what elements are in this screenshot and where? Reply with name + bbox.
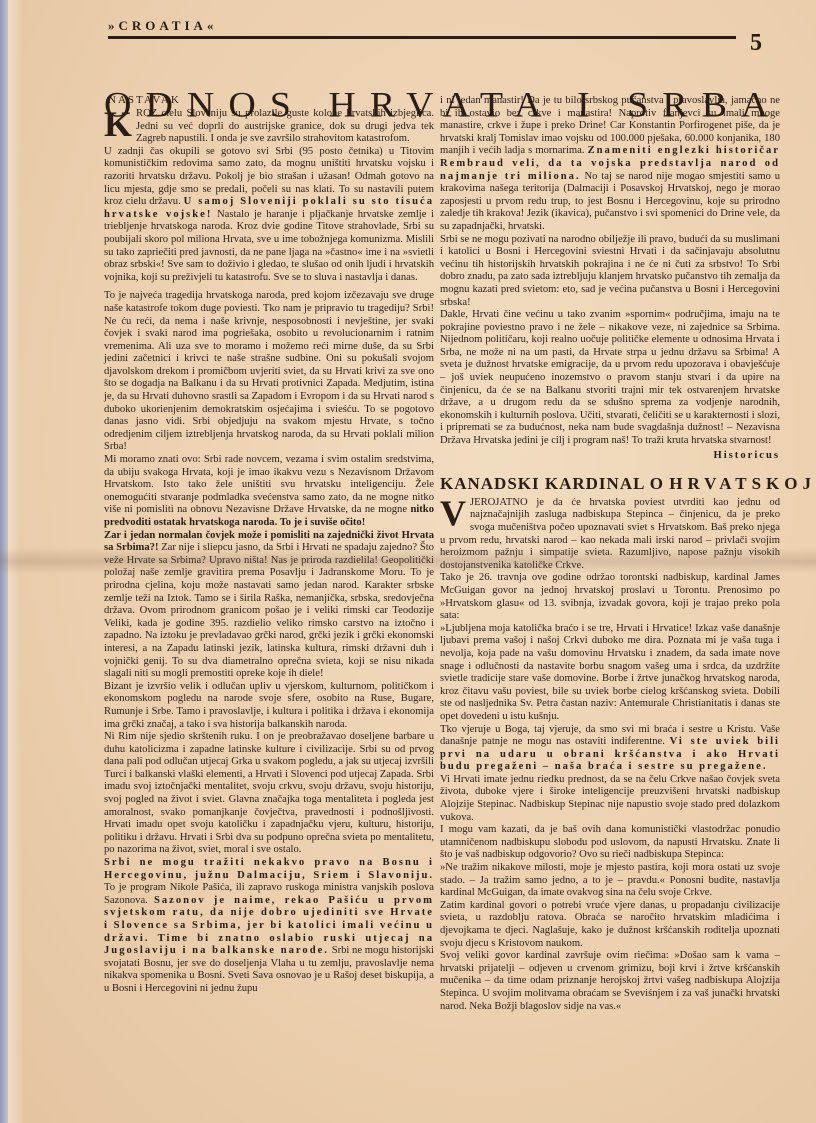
paragraph: Ni Rim nije sjedio skrštenih ruku. I on … <box>104 731 434 857</box>
paragraph: Bizant je izvršio velik i odlučan upliv … <box>104 681 434 731</box>
page-number: 5 <box>750 30 762 57</box>
paragraph: I mogu vam kazati, da je baš ovih dana k… <box>440 824 780 862</box>
paragraph: i ni jedan manastir! Da je tu bilo srbsk… <box>440 95 780 234</box>
paragraph: KROZ cielu Sloveniju su prolazile guste … <box>104 108 434 146</box>
paragraph: Srbi se ne mogu pozivati na narodno obil… <box>440 234 780 310</box>
left-column: KROZ cielu Sloveniju su prolazile guste … <box>104 108 434 996</box>
header-rule <box>108 36 736 39</box>
paragraph: Tako je 26. travnja ove godine održao to… <box>440 572 780 622</box>
paragraph: »Ljubljena moja katolička braćo i se tre… <box>440 623 780 724</box>
paragraph: Srbi ne mogu tražiti nekakvo pravo na Bo… <box>104 857 434 996</box>
paragraph: To je najveća tragedija hrvatskoga narod… <box>104 290 434 454</box>
paragraph: Zatim kardinal govori o potrebi vruće vj… <box>440 900 780 950</box>
running-head: »CROATIA« <box>108 18 217 34</box>
paragraph: Svoj veliki govor kardinal završuje ovim… <box>440 950 780 1013</box>
author-signature: Historicus <box>440 450 780 463</box>
paragraph: Tko vjeruje u Boga, taj vjeruje, da smo … <box>440 724 780 774</box>
drop-cap: K <box>104 110 132 138</box>
paragraph: Dakle, Hrvati čine većinu u tako zvanim … <box>440 309 780 448</box>
section-title: KANADSKI KARDINAL O HRVATSKOJ <box>440 478 780 491</box>
right-column: i ni jedan manastir! Da je tu bilo srbsk… <box>440 95 780 1013</box>
paragraph: U zadnji čas okupili se gotovo svi Srbi … <box>104 146 434 285</box>
paper-fold <box>8 0 22 1123</box>
paper-edge <box>0 0 8 1123</box>
paragraph: VJEROJATNO je da će hrvatska poviest utv… <box>440 497 780 573</box>
paragraph: Mi moramo znati ovo: Srbi rade novcem, v… <box>104 454 434 530</box>
paragraph: Zar i jedan normalan čovjek može i pomis… <box>104 530 434 681</box>
drop-cap: V <box>440 499 466 527</box>
paragraph: Vi Hrvati imate jednu riedku prednost, d… <box>440 774 780 824</box>
paragraph: »Ne tražim nikakove milosti, moje je mje… <box>440 862 780 900</box>
